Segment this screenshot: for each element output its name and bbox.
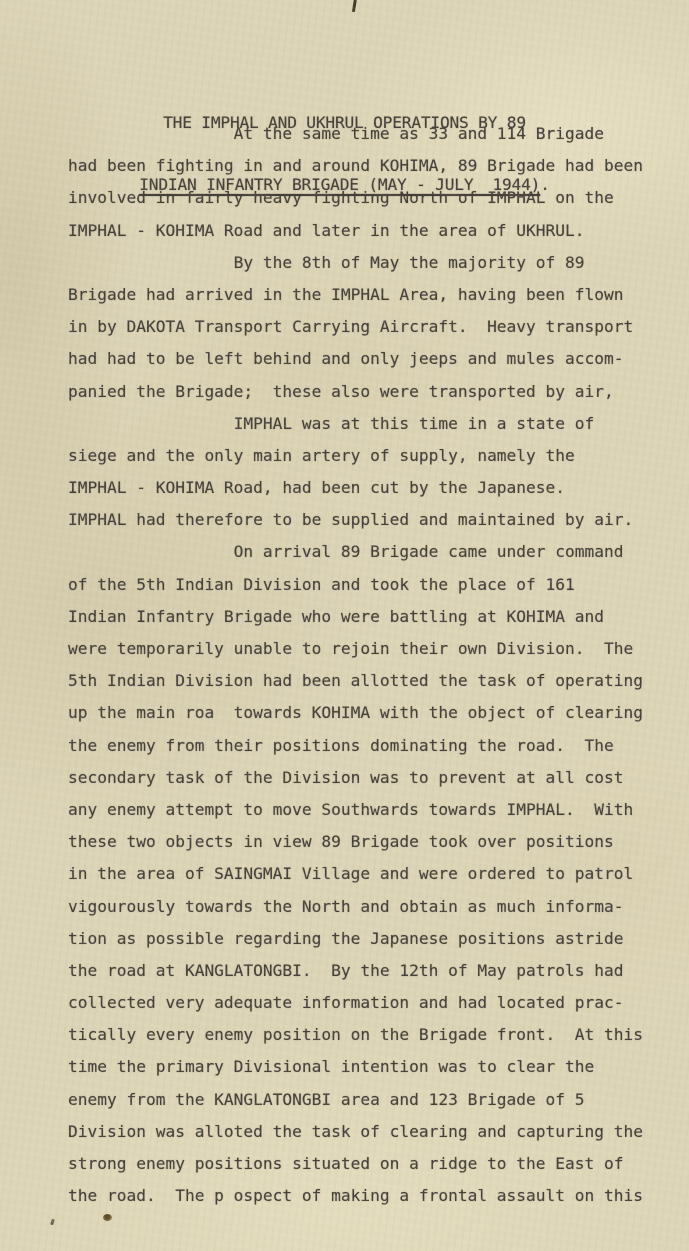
text-line: strong enemy positions situated on a rid… bbox=[68, 1148, 668, 1180]
text-line: in the area of SAINGMAI Village and were… bbox=[68, 858, 668, 890]
text-line: enemy from the KANGLATONGBI area and 123… bbox=[68, 1084, 668, 1116]
text-line: collected very adequate information and … bbox=[68, 987, 668, 1019]
text-line: tion as possible regarding the Japanese … bbox=[68, 923, 668, 955]
text-line: IMPHAL had therefore to be supplied and … bbox=[68, 504, 668, 536]
text-line: up the main roa towards KOHIMA with the … bbox=[68, 697, 668, 729]
text-line: had been fighting in and around KOHIMA, … bbox=[68, 150, 668, 182]
text-line: Division was alloted the task of clearin… bbox=[68, 1116, 668, 1148]
document-body: At the same time as 33 and 114 Brigadeha… bbox=[68, 118, 668, 1212]
pen-mark bbox=[352, 0, 357, 12]
text-line: IMPHAL - KOHIMA Road and later in the ar… bbox=[68, 215, 668, 247]
text-line: involved in fairly heavy fighting North … bbox=[68, 182, 668, 214]
text-line: the enemy from their positions dominatin… bbox=[68, 730, 668, 762]
text-line: At the same time as 33 and 114 Brigade bbox=[68, 118, 668, 150]
text-line: were temporarily unable to rejoin their … bbox=[68, 633, 668, 665]
text-line: time the primary Divisional intention wa… bbox=[68, 1051, 668, 1083]
text-line: Brigade had arrived in the IMPHAL Area, … bbox=[68, 279, 668, 311]
text-line: of the 5th Indian Division and took the … bbox=[68, 569, 668, 601]
text-line: Indian Infantry Brigade who were battlin… bbox=[68, 601, 668, 633]
text-line: siege and the only main artery of supply… bbox=[68, 440, 668, 472]
text-line: the road at KANGLATONGBI. By the 12th of… bbox=[68, 955, 668, 987]
text-line: any enemy attempt to move Southwards tow… bbox=[68, 794, 668, 826]
text-line: vigourously towards the North and obtain… bbox=[68, 891, 668, 923]
ink-spot bbox=[103, 1214, 112, 1221]
text-line: tically every enemy position on the Brig… bbox=[68, 1019, 668, 1051]
text-line: On arrival 89 Brigade came under command bbox=[68, 536, 668, 568]
text-line: these two objects in view 89 Brigade too… bbox=[68, 826, 668, 858]
text-line: IMPHAL was at this time in a state of bbox=[68, 408, 668, 440]
text-line: 5th Indian Division had been allotted th… bbox=[68, 665, 668, 697]
text-line: panied the Brigade; these also were tran… bbox=[68, 376, 668, 408]
text-line: By the 8th of May the majority of 89 bbox=[68, 247, 668, 279]
text-line: IMPHAL - KOHIMA Road, had been cut by th… bbox=[68, 472, 668, 504]
text-line: the road. The p ospect of making a front… bbox=[68, 1180, 668, 1212]
text-line: in by DAKOTA Transport Carrying Aircraft… bbox=[68, 311, 668, 343]
paper-speck bbox=[50, 1219, 55, 1226]
document-page: THE IMPHAL AND UKHRUL OPERATIONS BY 89 I… bbox=[0, 0, 689, 1251]
text-line: had had to be left behind and only jeeps… bbox=[68, 343, 668, 375]
text-line: secondary task of the Division was to pr… bbox=[68, 762, 668, 794]
